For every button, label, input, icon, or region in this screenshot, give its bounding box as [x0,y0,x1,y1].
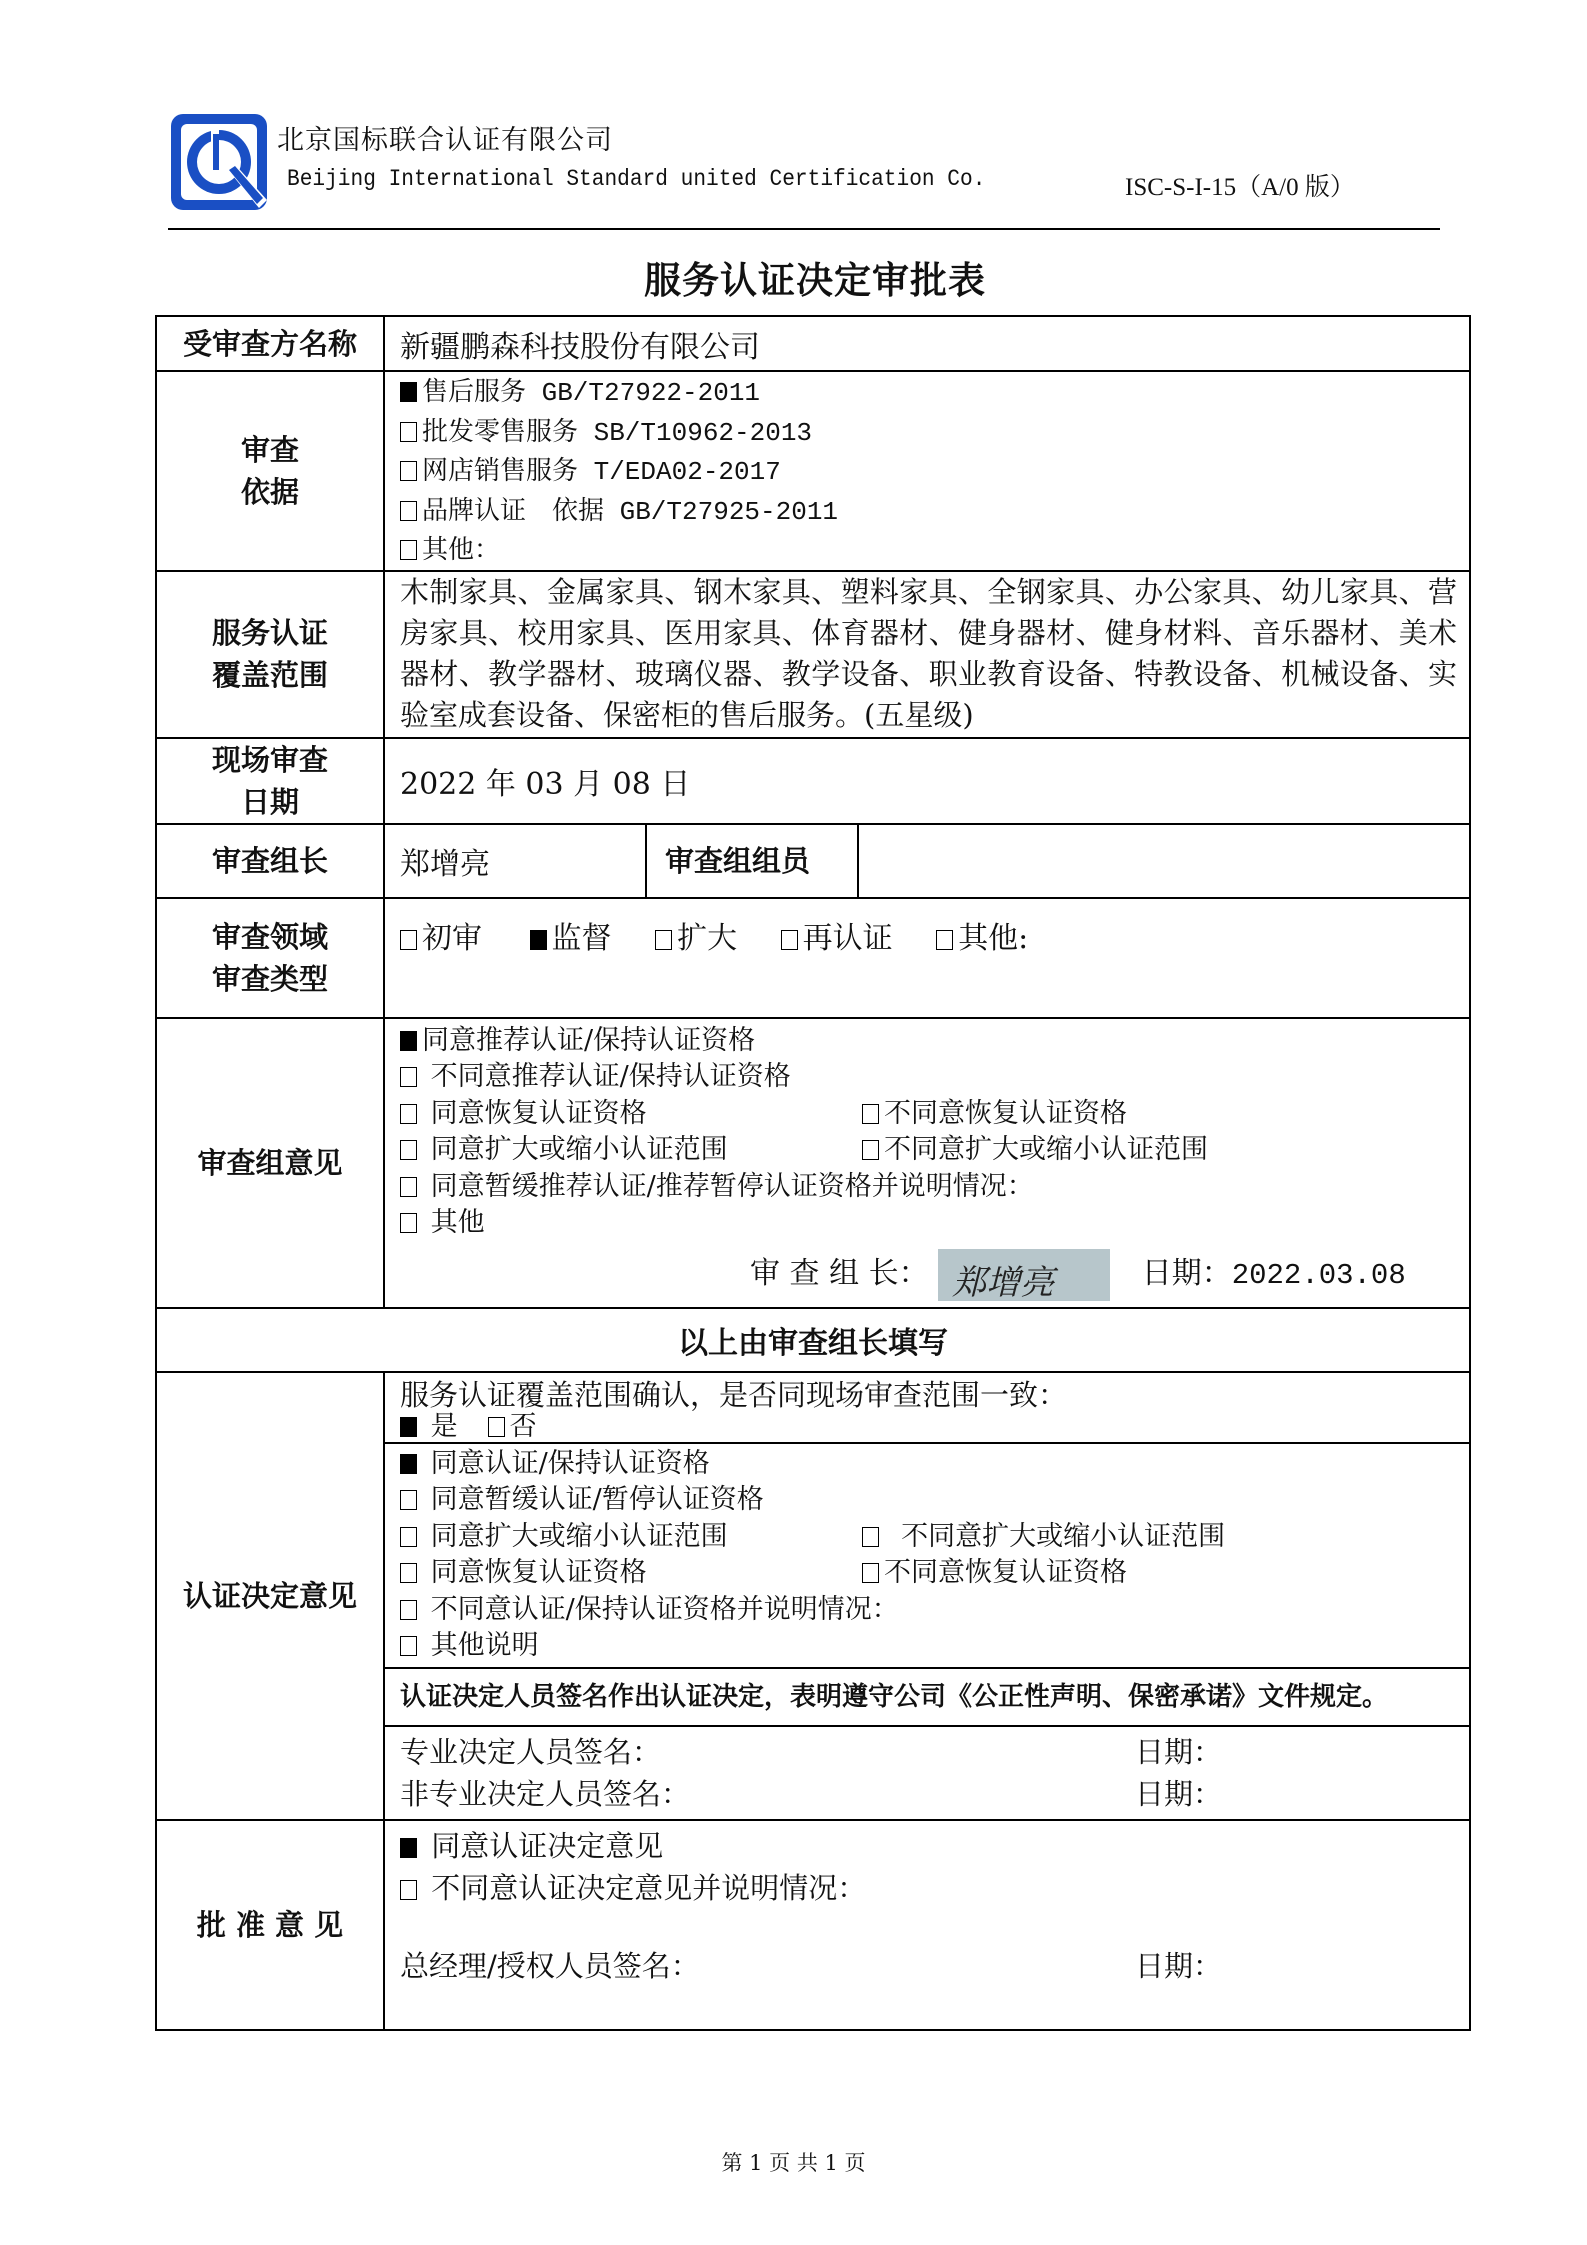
scope-value: 木制家具、金属家具、钢木家具、塑料家具、全钢家具、办公家具、幼儿家具、营房家具、… [384,571,1470,738]
approval-form-table: 受审查方名称 新疆鹏森科技股份有限公司 审查 依据 售后服务 GB/T27922… [155,315,1471,2031]
nonpro-sign-label: 非专业决定人员签名： [400,1773,1135,1815]
gm-sign-label: 总经理/授权人员签名： [400,1945,1135,1987]
checkbox-basis-4[interactable] [400,501,417,521]
checkbox-team-opt6[interactable] [400,1213,417,1233]
checkbox-approval-agree[interactable] [400,1838,417,1858]
row-auditee: 受审查方名称 新疆鹏森科技股份有限公司 [156,316,1470,371]
company-name-en: Beijing International Standard united Ce… [287,166,985,192]
row-scope: 服务认证 覆盖范围 木制家具、金属家具、钢木家具、塑料家具、全钢家具、办公家具、… [156,571,1470,738]
checkbox-basis-2[interactable] [400,422,417,442]
checkbox-scope-yes[interactable] [400,1417,417,1437]
row-approval: 批 准 意 见 同意认证决定意见 不同意认证决定意见并说明情况： 总经理/授权人… [156,1820,1470,2030]
basis-options: 售后服务 GB/T27922-2011 批发零售服务 SB/T10962-201… [384,371,1470,571]
decision-statement: 认证决定人员签名作出认证决定，表明遵守公司《公正性声明、保密承诺》文件规定。 [385,1667,1469,1725]
row-decision: 认证决定意见 服务认证覆盖范围确认，是否同现场审查范围一致： 是否 同意认证/保… [156,1372,1470,1820]
decision-signatures: 专业决定人员签名：日期： 非专业决定人员签名：日期： [385,1725,1469,1819]
checkbox-approval-disagree[interactable] [400,1880,417,1900]
audit-type-label: 审查领域 审查类型 [156,898,384,1018]
team-leader-value: 郑增亮 [384,824,646,898]
basis-label: 审查 依据 [156,371,384,571]
decision-content: 服务认证覆盖范围确认，是否同现场审查范围一致： 是否 同意认证/保持认证资格 同… [384,1372,1470,1820]
checkbox-basis-5[interactable] [400,540,417,560]
checkbox-decision-opt2[interactable] [400,1490,417,1510]
checkbox-type-recert[interactable] [781,930,798,950]
row-basis: 审查 依据 售后服务 GB/T27922-2011 批发零售服务 SB/T109… [156,371,1470,571]
document-code: ISC-S-I-15（A/0 版） [1125,167,1355,203]
gm-sign-date-label: 日期： [1135,1945,1222,1987]
checkbox-team-opt3b[interactable] [862,1104,879,1124]
checkbox-decision-opt4a[interactable] [400,1563,417,1583]
team-opinion-label: 审查组意见 [156,1018,384,1308]
row-team: 审查组长 郑增亮 审查组组员 [156,824,1470,898]
approval-content: 同意认证决定意见 不同意认证决定意见并说明情况： 总经理/授权人员签名：日期： [384,1820,1470,2030]
row-filled-note: 以上由审查组长填写 [156,1308,1470,1372]
filled-by-leader-note: 以上由审查组长填写 [156,1308,1470,1372]
audit-type-options: 初审 监督 扩大 再认证 其他: [384,898,1470,1018]
company-name-cn: 北京国标联合认证有限公司 [277,118,613,157]
team-members-value [858,824,1470,898]
team-leader-label: 审查组长 [156,824,384,898]
approval-label: 批 准 意 见 [156,1820,384,2030]
auditee-label: 受审查方名称 [156,316,384,371]
team-leader-signature-line: 审 查 组 长： 郑增亮 日期：2022.03.08 [400,1248,1469,1301]
decision-options: 同意认证/保持认证资格 同意暂缓认证/暂停认证资格 同意扩大或缩小认证范围 不同… [385,1442,1469,1667]
checkbox-decision-opt1[interactable] [400,1454,417,1474]
row-audit-date: 现场审查 日期 2022 年 03 月 08 日 [156,738,1470,824]
scope-confirm-section: 服务认证覆盖范围确认，是否同现场审查范围一致： 是否 [385,1373,1469,1442]
audit-date-value: 2022 年 03 月 08 日 [384,738,1470,824]
checkbox-team-opt4a[interactable] [400,1140,417,1160]
checkbox-type-extension[interactable] [655,930,672,950]
header-divider [168,228,1440,230]
row-team-opinion: 审查组意见 同意推荐认证/保持认证资格 不同意推荐认证/保持认证资格 同意恢复认… [156,1018,1470,1308]
checkbox-decision-opt3b[interactable] [862,1527,879,1547]
checkbox-basis-3[interactable] [400,461,417,481]
checkbox-scope-no[interactable] [488,1417,505,1437]
checkbox-decision-opt5[interactable] [400,1600,417,1620]
checkbox-type-surveillance[interactable] [530,930,547,950]
checkbox-decision-opt6[interactable] [400,1636,417,1656]
checkbox-team-opt2[interactable] [400,1067,417,1087]
checkbox-basis-1[interactable] [400,382,417,402]
checkbox-type-initial[interactable] [400,930,417,950]
checkbox-team-opt1[interactable] [400,1031,417,1051]
checkbox-team-opt5[interactable] [400,1177,417,1197]
signature-image: 郑增亮 [938,1249,1110,1301]
checkbox-team-opt4b[interactable] [862,1140,879,1160]
team-members-label: 审查组组员 [646,824,858,898]
checkbox-decision-opt3a[interactable] [400,1527,417,1547]
team-opinion-options: 同意推荐认证/保持认证资格 不同意推荐认证/保持认证资格 同意恢复认证资格不同意… [384,1018,1470,1308]
pro-sign-label: 专业决定人员签名： [400,1731,1135,1773]
checkbox-decision-opt4b[interactable] [862,1563,879,1583]
pro-sign-date-label: 日期： [1135,1731,1222,1773]
checkbox-team-opt3a[interactable] [400,1104,417,1124]
audit-date-label: 现场审查 日期 [156,738,384,824]
row-audit-type: 审查领域 审查类型 初审 监督 扩大 再认证 其他: [156,898,1470,1018]
company-logo-icon [167,110,271,214]
form-title: 服务认证决定审批表 [0,250,1587,304]
nonpro-sign-date-label: 日期： [1135,1773,1222,1815]
decision-label: 认证决定意见 [156,1372,384,1820]
auditee-value: 新疆鹏森科技股份有限公司 [384,316,1470,371]
scope-label: 服务认证 覆盖范围 [156,571,384,738]
checkbox-type-other[interactable] [936,930,953,950]
page-number: 第 1 页 共 1 页 [0,2147,1587,2177]
